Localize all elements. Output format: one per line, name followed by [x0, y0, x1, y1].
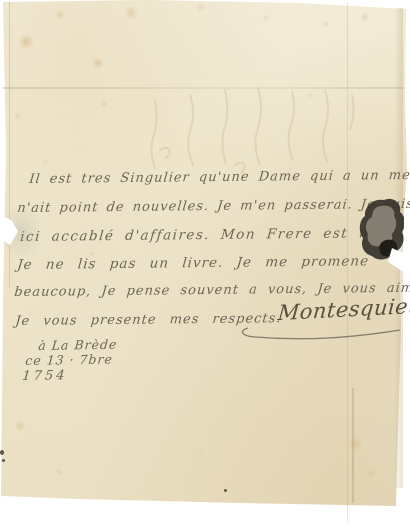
letter-photo: Il est tres Singulier qu'une Dame qui a … [0, 0, 410, 527]
place-line: à La Brède [38, 337, 118, 353]
year-line: 1754 [22, 368, 68, 384]
letter-line-6: Je vous presente mes respects. [15, 311, 283, 329]
date-line: ce 13 · 7bre [25, 351, 114, 368]
